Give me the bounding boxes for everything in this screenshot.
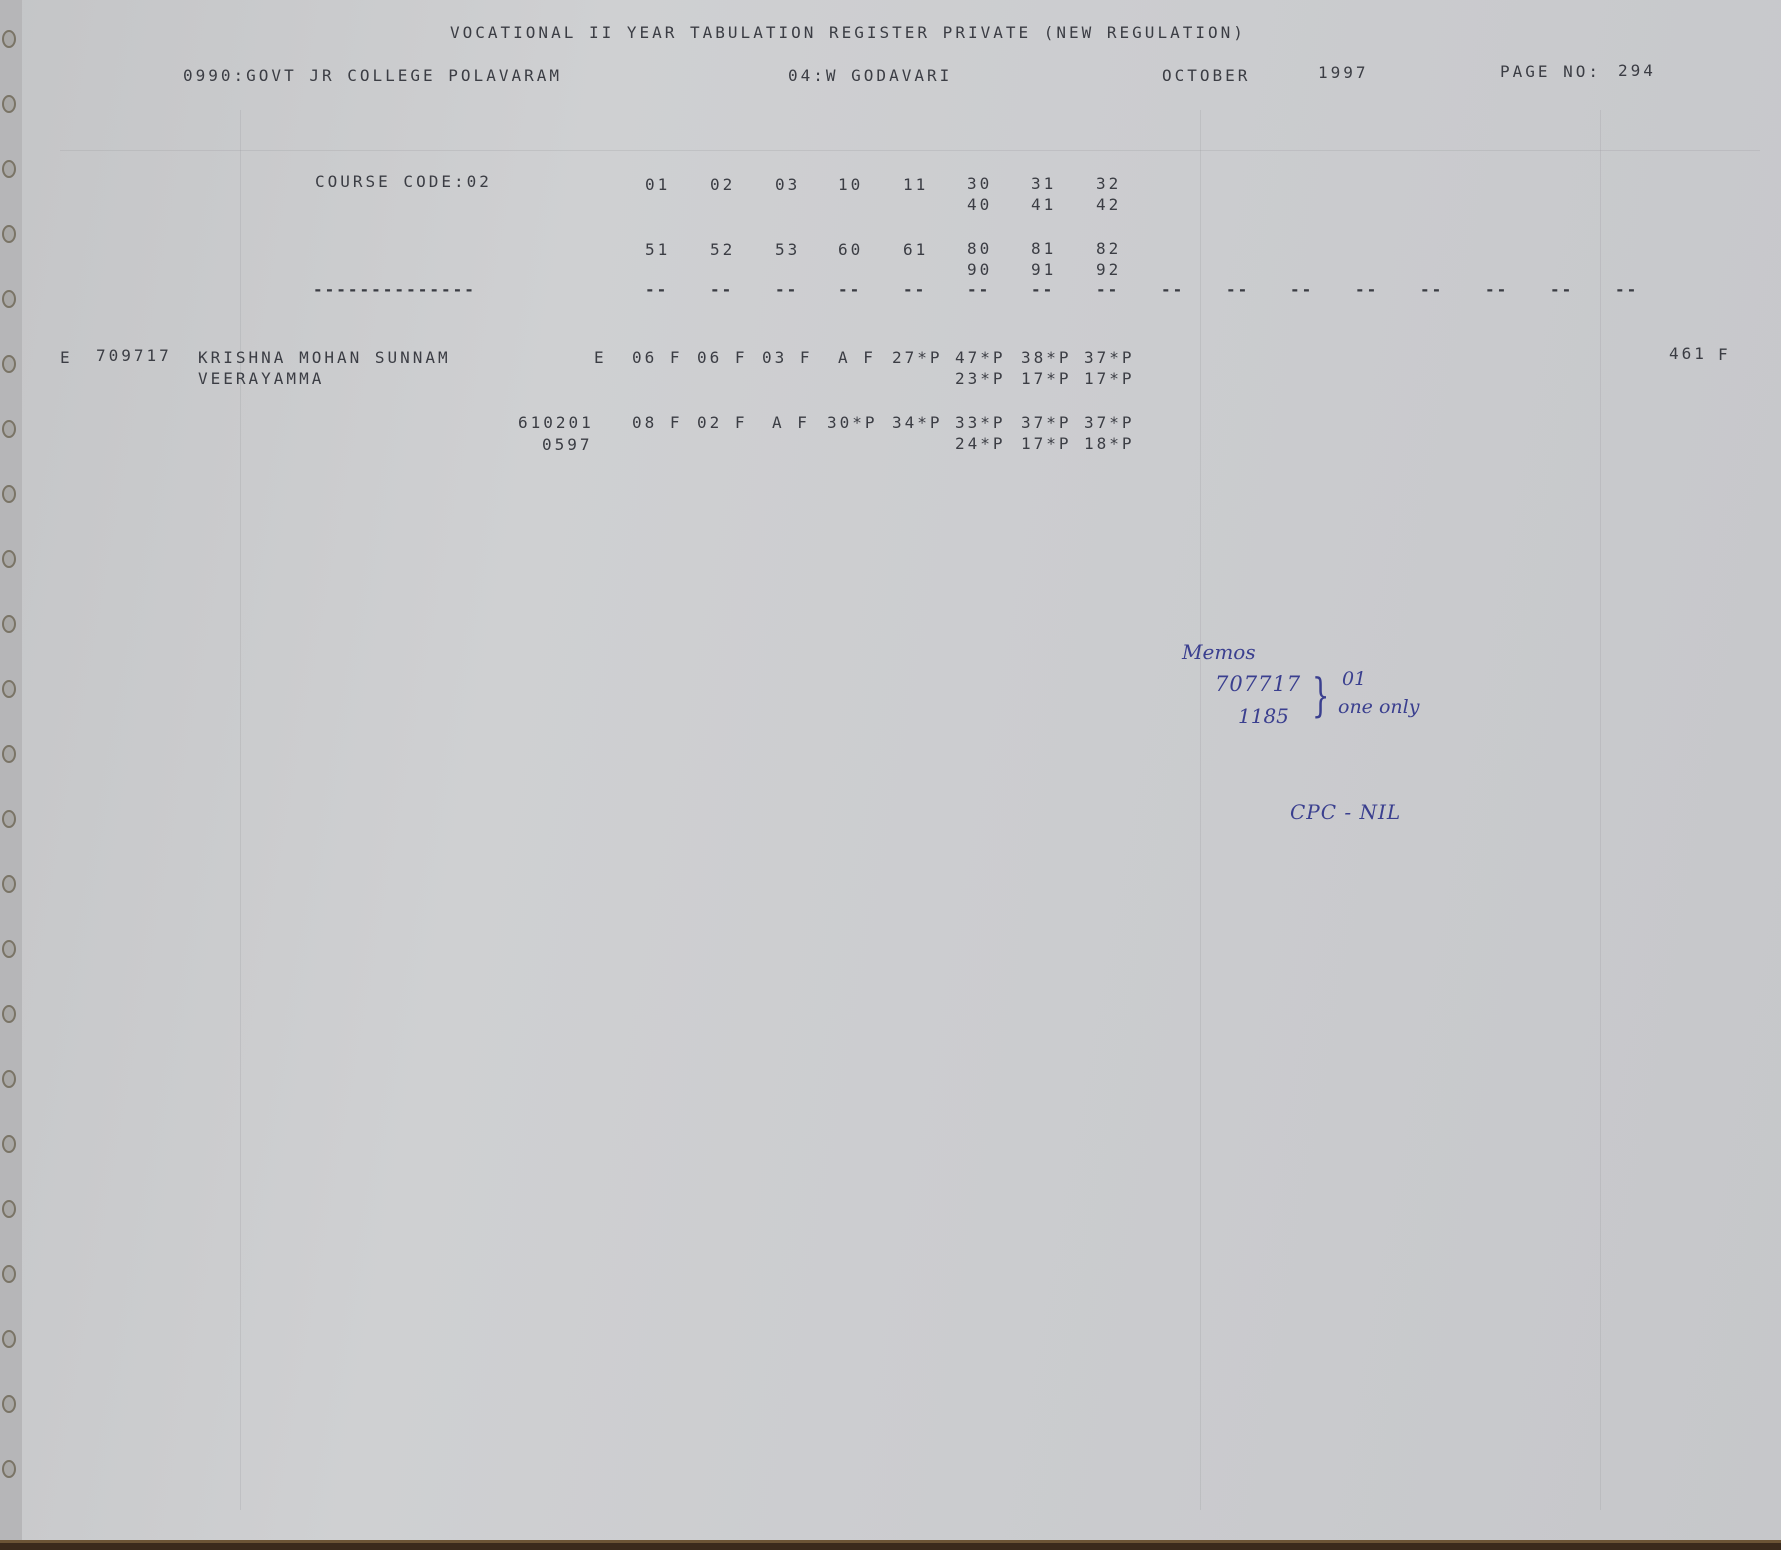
binding-hole [2, 1005, 16, 1023]
binding-hole [2, 225, 16, 243]
handwritten-number: 707717 [1215, 672, 1301, 696]
subject-code: 01 [645, 175, 670, 195]
separator-dash: -- [838, 280, 861, 299]
mark-cell: 47*P [955, 348, 1006, 368]
handwritten-cpc-note: CPC - NIL [1290, 800, 1401, 824]
binding-hole [2, 550, 16, 568]
separator-dash: -- [1615, 280, 1638, 299]
binding-hole [2, 420, 16, 438]
exam-year: 1997 [1318, 63, 1369, 83]
subject-code: 31 [1031, 174, 1056, 194]
separator-dash: -- [1031, 280, 1054, 299]
mark-cell: 34*P [892, 413, 943, 433]
subject-code: 82 [1096, 239, 1121, 259]
reference-code: 0597 [542, 435, 593, 455]
separator-dash: -- [1290, 280, 1313, 299]
separator-dash: -- [967, 280, 990, 299]
separator-dash: -- [1161, 280, 1184, 299]
show-through-line [1200, 110, 1201, 1510]
medium: E [594, 348, 607, 368]
register-page: VOCATIONAL II YEAR TABULATION REGISTER P… [0, 0, 1781, 1543]
separator-dash: -- [903, 280, 926, 299]
mark-cell: 37*P [1084, 413, 1135, 433]
page-number-label: PAGE NO: [1500, 62, 1601, 82]
binding-hole [2, 1395, 16, 1413]
mark-cell: 38*P [1021, 348, 1072, 368]
binding-hole [2, 95, 16, 113]
separator-dashes: -------------- [313, 280, 476, 299]
subject-code: 40 [967, 195, 992, 215]
separator-dash: -- [710, 280, 733, 299]
mark-cell: 18*P [1084, 434, 1135, 454]
course-code-label: COURSE CODE:02 [315, 172, 492, 192]
parent-name: VEERAYAMMA [198, 369, 324, 389]
show-through-line [240, 110, 241, 1510]
reference-code: 610201 [518, 413, 594, 433]
binding-hole [2, 355, 16, 373]
subject-code: 80 [967, 239, 992, 259]
separator-dash: -- [1355, 280, 1378, 299]
bracket-mark: } [1312, 668, 1330, 722]
subject-code: 90 [967, 260, 992, 280]
subject-code: 30 [967, 174, 992, 194]
subject-code: 42 [1096, 195, 1121, 215]
binding-hole [2, 810, 16, 828]
page-number: 294 [1618, 61, 1656, 81]
subject-code: 81 [1031, 239, 1056, 259]
exam-month: OCTOBER [1162, 66, 1250, 86]
separator-dash: -- [645, 280, 668, 299]
subject-code: 53 [775, 240, 800, 260]
mark-cell: 06 F [697, 348, 748, 368]
binding-hole [2, 1070, 16, 1088]
district-name: 04:W GODAVARI [788, 66, 952, 86]
subject-code: 02 [710, 175, 735, 195]
binding-hole [2, 1200, 16, 1218]
subject-code: 41 [1031, 195, 1056, 215]
binding-hole [2, 680, 16, 698]
result-status: F [1718, 345, 1731, 365]
mark-cell: 23*P [955, 369, 1006, 389]
handwritten-note: 01 [1342, 668, 1366, 690]
binding-hole [2, 615, 16, 633]
mark-cell: 17*P [1021, 434, 1072, 454]
subject-code: 61 [903, 240, 928, 260]
separator-dash: -- [1096, 280, 1119, 299]
hall-ticket-number: 709717 [96, 346, 172, 366]
show-through-line [1600, 110, 1601, 1510]
college-name: 0990:GOVT JR COLLEGE POLAVARAM [183, 66, 562, 86]
binding-hole [2, 485, 16, 503]
show-through-line [60, 150, 1760, 151]
binding-hole [2, 1265, 16, 1283]
register-title: VOCATIONAL II YEAR TABULATION REGISTER P… [450, 23, 1246, 43]
mark-cell: 27*P [892, 348, 943, 368]
subject-code: 32 [1096, 174, 1121, 194]
mark-cell: 37*P [1021, 413, 1072, 433]
mark-cell: 08 F [632, 413, 683, 433]
mark-cell: 30*P [827, 413, 878, 433]
separator-dash: -- [775, 280, 798, 299]
mark-cell: 06 F [632, 348, 683, 368]
subject-code: 51 [645, 240, 670, 260]
separator-dash: -- [1420, 280, 1443, 299]
mark-cell: 33*P [955, 413, 1006, 433]
mark-cell: 17*P [1084, 369, 1135, 389]
binding-hole [2, 30, 16, 48]
handwritten-number: 1185 [1238, 704, 1289, 728]
handwritten-note: one only [1338, 696, 1419, 718]
mark-cell: 37*P [1084, 348, 1135, 368]
binding-hole [2, 160, 16, 178]
student-name: KRISHNA MOHAN SUNNAM [198, 348, 451, 368]
mark-cell: 24*P [955, 434, 1006, 454]
binding-hole [2, 1135, 16, 1153]
binding-hole [2, 745, 16, 763]
mark-cell: 02 F [697, 413, 748, 433]
mark-cell: A F [838, 348, 876, 368]
subject-code: 60 [838, 240, 863, 260]
mark-cell: 17*P [1021, 369, 1072, 389]
subject-code: 03 [775, 175, 800, 195]
separator-dash: -- [1550, 280, 1573, 299]
mark-cell: 03 F [762, 348, 813, 368]
separator-dash: -- [1485, 280, 1508, 299]
subject-code: 10 [838, 175, 863, 195]
handwritten-heading: Memos [1182, 640, 1256, 664]
mark-cell: A F [772, 413, 810, 433]
subject-code: 52 [710, 240, 735, 260]
total-marks: 461 [1669, 344, 1707, 364]
subject-code: 92 [1096, 260, 1121, 280]
record-category: E [60, 348, 73, 368]
subject-code: 11 [903, 175, 928, 195]
binding-hole [2, 875, 16, 893]
binding-hole [2, 1460, 16, 1478]
binding-hole [2, 940, 16, 958]
binding-hole [2, 1330, 16, 1348]
binding-hole [2, 290, 16, 308]
separator-dash: -- [1226, 280, 1249, 299]
subject-code: 91 [1031, 260, 1056, 280]
